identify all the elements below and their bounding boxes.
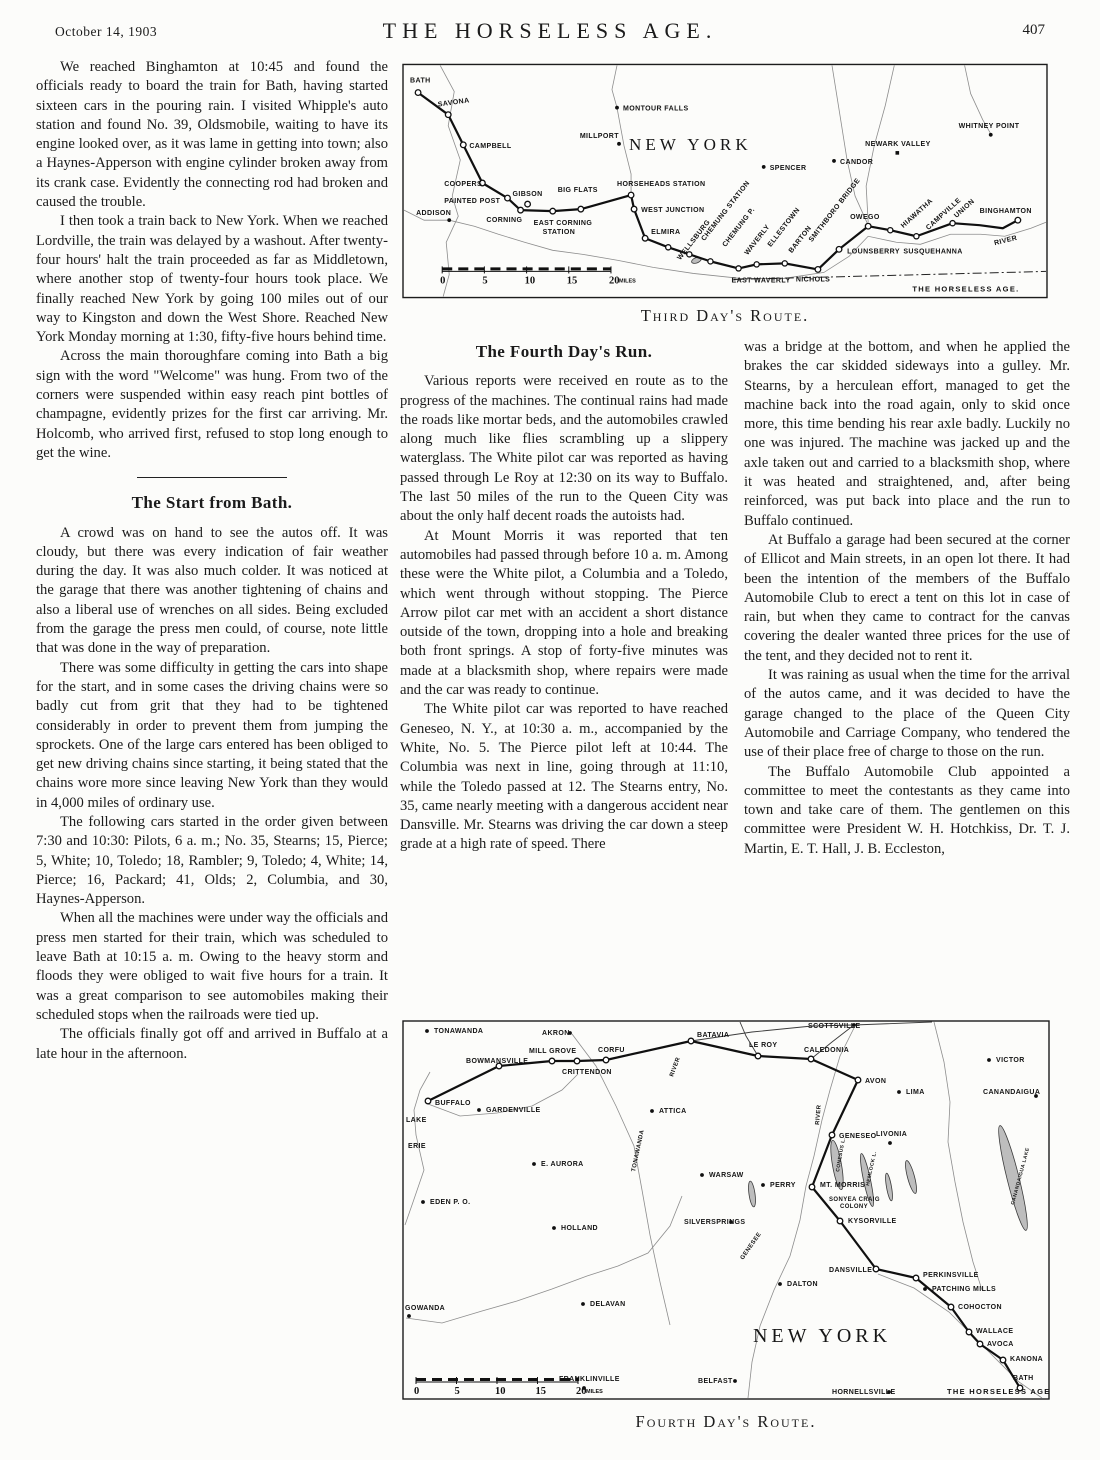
svg-text:10: 10 [495,1386,506,1397]
svg-text:RIVER: RIVER [669,1056,682,1077]
article-column-3: was a bridge at the bottom, and when he … [744,338,1070,859]
svg-text:10: 10 [525,275,536,286]
svg-text:AVON: AVON [865,1078,886,1085]
svg-text:BUFFALO: BUFFALO [435,1100,471,1107]
svg-text:20: 20 [576,1386,587,1397]
section-heading-fourth-days-run: The Fourth Day's Run. [400,342,728,361]
svg-text:GOWANDA: GOWANDA [405,1305,445,1312]
svg-text:MILL GROVE: MILL GROVE [529,1048,576,1055]
paragraph: We reached Binghamton at 10:45 and found… [36,58,388,212]
section-heading-start-from-bath: The Start from Bath. [36,493,388,512]
svg-text:LIMA: LIMA [906,1089,925,1096]
third-days-route-map: BATHSAVONACAMPBELLCOOPERSPAINTED POSTADD… [402,62,1048,300]
svg-text:COOPERS: COOPERS [444,181,482,188]
svg-text:PAINTED POST: PAINTED POST [444,198,500,205]
paragraph: A crowd was on hand to see the autos off… [36,524,388,659]
svg-text:THE HORSELESS AGE.: THE HORSELESS AGE. [947,1387,1050,1396]
svg-text:LOUNSBERRY: LOUNSBERRY [847,248,900,255]
page-number: 407 [1023,22,1046,39]
svg-text:GIBSON: GIBSON [513,191,543,198]
svg-text:WAVERLY: WAVERLY [744,224,772,257]
map-caption-third-day: Third Day's Route. [402,306,1048,326]
svg-text:PATCHING MILLS: PATCHING MILLS [932,1286,996,1293]
paragraph: At Mount Morris it was reported that ten… [400,527,728,701]
section-divider [137,477,287,478]
svg-text:5: 5 [455,1386,460,1397]
svg-text:E. AURORA: E. AURORA [541,1161,584,1168]
svg-text:CANANDAIGUA: CANANDAIGUA [983,1089,1040,1096]
svg-text:RIVER: RIVER [994,235,1018,247]
svg-text:15: 15 [536,1386,547,1397]
svg-text:NICHOLS: NICHOLS [796,276,830,283]
svg-text:WARSAW: WARSAW [709,1172,744,1179]
svg-text:THE HORSELESS AGE.: THE HORSELESS AGE. [912,285,1019,294]
svg-text:CRITTENDON: CRITTENDON [562,1069,612,1076]
paragraph: The following cars started in the order … [36,813,388,909]
svg-text:SILVERSPRINGS: SILVERSPRINGS [684,1219,745,1226]
svg-text:CALEDONIA: CALEDONIA [804,1047,849,1054]
paragraph: Various reports were received en route a… [400,372,728,526]
svg-text:AVOCA: AVOCA [987,1341,1014,1348]
svg-text:DANSVILLE: DANSVILLE [829,1267,872,1274]
fourth-days-route-map: TONAWANDAAKRONBATAVIAMILL GROVECORFUBOWM… [402,1018,1050,1402]
journal-page: October 14, 1903 THE HORSELESS AGE. 407 … [0,0,1100,1460]
svg-text:BELFAST: BELFAST [698,1378,733,1385]
svg-text:AKRON: AKRON [542,1030,570,1037]
svg-text:MONTOUR FALLS: MONTOUR FALLS [623,106,689,113]
article-column-2: The Fourth Day's Run. Various reports we… [400,338,728,855]
svg-text:CHEMUNG STATION: CHEMUNG STATION [700,180,751,243]
svg-text:ATTICA: ATTICA [659,1108,687,1115]
svg-text:DELAVAN: DELAVAN [590,1301,626,1308]
paragraph: There was some difficulty in getting the… [36,659,388,813]
paragraph: When all the machines were under way the… [36,909,388,1025]
svg-text:BATH: BATH [1013,1375,1034,1382]
paragraph: The White pilot car was reported to have… [400,700,728,854]
svg-text:CORNING: CORNING [486,217,522,224]
svg-text:OWEGO: OWEGO [850,214,880,221]
paragraph: At Buffalo a garage had been secured at … [744,531,1070,666]
svg-text:BATAVIA: BATAVIA [697,1032,729,1039]
svg-text:15: 15 [567,275,578,286]
svg-text:EAST CORNING: EAST CORNING [534,220,593,227]
svg-text:SUSQUEHANNA: SUSQUEHANNA [903,248,962,255]
svg-text:KYSORVILLE: KYSORVILLE [848,1218,897,1225]
svg-text:VICTOR: VICTOR [996,1057,1025,1064]
svg-text:SCOTTSVILLE: SCOTTSVILLE [808,1023,861,1030]
svg-text:ERIE: ERIE [408,1143,426,1150]
svg-text:ADDISON: ADDISON [416,210,451,217]
svg-text:EAST WAVERLY: EAST WAVERLY [732,277,791,284]
svg-text:CORFU: CORFU [598,1047,625,1054]
svg-text:MILES: MILES [619,278,636,284]
svg-text:5: 5 [482,275,487,286]
svg-text:HORSEHEADS STATION: HORSEHEADS STATION [617,181,705,188]
paragraph: The officials finally got off and arrive… [36,1025,388,1064]
svg-text:PERKINSVILLE: PERKINSVILLE [923,1272,979,1279]
svg-text:ELMIRA: ELMIRA [651,229,680,236]
svg-text:HORNELLSVILLE: HORNELLSVILLE [832,1389,896,1396]
svg-text:NEW YORK: NEW YORK [629,135,752,154]
article-column-1: We reached Binghamton at 10:45 and found… [36,58,388,1064]
svg-text:BATH: BATH [410,78,431,85]
svg-text:SONYEA CRAIG: SONYEA CRAIG [829,1197,880,1203]
svg-text:GENESEE: GENESEE [740,1232,763,1262]
paragraph: It was raining as usual when the time fo… [744,666,1070,762]
svg-text:MILES: MILES [586,1389,603,1395]
paragraph: Across the main thoroughfare coming into… [36,347,388,463]
map-caption-fourth-day: Fourth Day's Route. [402,1412,1050,1432]
svg-text:BINGHAMTON: BINGHAMTON [980,208,1032,215]
svg-text:20: 20 [609,275,620,286]
svg-text:MT. MORRIS: MT. MORRIS [820,1182,865,1189]
paragraph: was a bridge at the bottom, and when he … [744,338,1070,531]
svg-text:TONAWANDA: TONAWANDA [434,1028,483,1035]
svg-text:CANDOR: CANDOR [840,159,873,166]
svg-text:EDEN P. O.: EDEN P. O. [430,1199,470,1206]
svg-text:WALLACE: WALLACE [976,1328,1013,1335]
svg-text:KANONA: KANONA [1010,1356,1043,1363]
svg-text:STATION: STATION [543,229,576,236]
svg-text:WEST JUNCTION: WEST JUNCTION [641,207,704,214]
svg-text:DALTON: DALTON [787,1281,818,1288]
svg-text:PERRY: PERRY [770,1182,796,1189]
svg-text:HOLLAND: HOLLAND [561,1225,598,1232]
svg-text:COHOCTON: COHOCTON [958,1304,1002,1311]
svg-text:CAMPBELL: CAMPBELL [469,143,512,150]
svg-text:0: 0 [414,1386,419,1397]
svg-text:WHITNEY POINT: WHITNEY POINT [959,123,1020,130]
svg-text:MILLPORT: MILLPORT [580,133,619,140]
svg-text:COLONY: COLONY [840,1204,868,1210]
svg-text:SPENCER: SPENCER [770,165,807,172]
svg-text:NEWARK VALLEY: NEWARK VALLEY [865,141,931,148]
svg-text:SMITHBORO BRIDGE: SMITHBORO BRIDGE [808,177,862,243]
paragraph: The Buffalo Automobile Club appointed a … [744,763,1070,859]
journal-title: THE HORSELESS AGE. [0,18,1100,44]
paragraph: I then took a train back to New York. Wh… [36,212,388,347]
svg-text:TONAWANDA: TONAWANDA [631,1129,646,1172]
svg-text:NEW YORK: NEW YORK [753,1325,891,1347]
svg-text:LAKE: LAKE [406,1117,427,1124]
svg-text:SAVONA: SAVONA [437,97,470,108]
svg-text:0: 0 [440,275,445,286]
svg-text:GARDENVILLE: GARDENVILLE [486,1107,541,1114]
svg-text:LE ROY: LE ROY [749,1042,777,1049]
svg-text:LIVONIA: LIVONIA [876,1131,907,1138]
svg-text:BIG FLATS: BIG FLATS [558,187,598,194]
svg-text:BOWMANSVILLE: BOWMANSVILLE [466,1058,528,1065]
